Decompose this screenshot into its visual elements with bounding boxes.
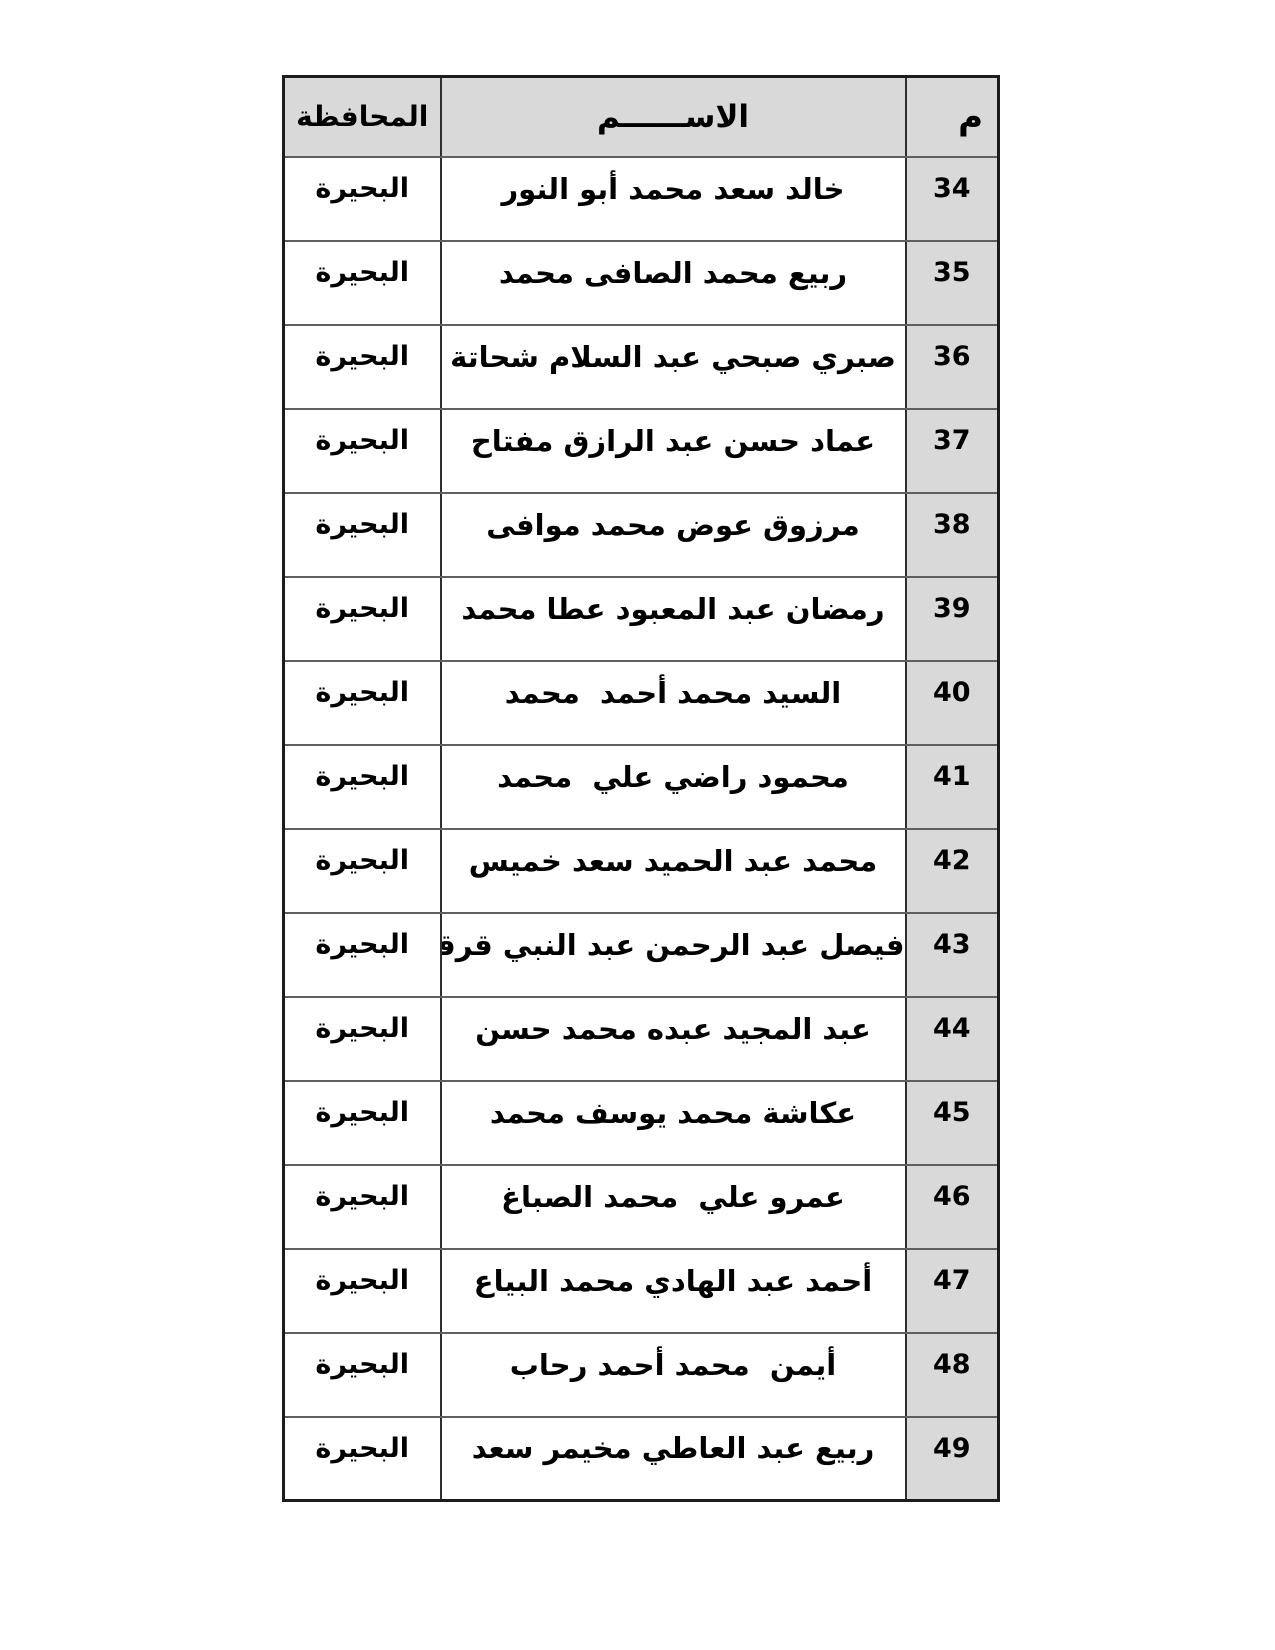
table-row: 48أيمن محمد أحمد رحابالبحيرة — [284, 1333, 999, 1417]
row-number-cell: 39 — [906, 577, 999, 661]
table-row: 34خالد سعد محمد أبو النورالبحيرة — [284, 157, 999, 241]
roster-table-container: م الاســــــم المحافظة 34خالد سعد محمد أ… — [282, 75, 1000, 1502]
header-governorate: المحافظة — [284, 77, 441, 157]
governorate-cell: البحيرة — [284, 577, 441, 661]
row-number-cell: 45 — [906, 1081, 999, 1165]
header-row: م الاســــــم المحافظة — [284, 77, 999, 157]
governorate-cell: البحيرة — [284, 157, 441, 241]
governorate-cell: البحيرة — [284, 1333, 441, 1417]
governorate-cell: البحيرة — [284, 661, 441, 745]
table-row: 37عماد حسن عبد الرازق مفتاحالبحيرة — [284, 409, 999, 493]
document-page: م الاســــــم المحافظة 34خالد سعد محمد أ… — [0, 0, 1275, 1650]
row-number-cell: 34 — [906, 157, 999, 241]
row-number-cell: 41 — [906, 745, 999, 829]
header-number: م — [906, 77, 999, 157]
table-row: 47أحمد عبد الهادي محمد البياعالبحيرة — [284, 1249, 999, 1333]
governorate-cell: البحيرة — [284, 493, 441, 577]
roster-table: م الاســــــم المحافظة 34خالد سعد محمد أ… — [282, 75, 1000, 1502]
table-row: 44عبد المجيد عبده محمد حسنالبحيرة — [284, 997, 999, 1081]
governorate-cell: البحيرة — [284, 913, 441, 997]
row-number-cell: 40 — [906, 661, 999, 745]
row-number-cell: 38 — [906, 493, 999, 577]
row-number-cell: 48 — [906, 1333, 999, 1417]
governorate-cell: البحيرة — [284, 997, 441, 1081]
row-number-cell: 47 — [906, 1249, 999, 1333]
row-number-cell: 35 — [906, 241, 999, 325]
name-cell: عبد المجيد عبده محمد حسن — [441, 997, 906, 1081]
table-header: م الاســــــم المحافظة — [284, 77, 999, 157]
row-number-cell: 46 — [906, 1165, 999, 1249]
governorate-cell: البحيرة — [284, 829, 441, 913]
name-cell: عماد حسن عبد الرازق مفتاح — [441, 409, 906, 493]
name-cell: ربيع محمد الصافى محمد — [441, 241, 906, 325]
governorate-cell: البحيرة — [284, 745, 441, 829]
name-cell: عمرو علي محمد الصباغ — [441, 1165, 906, 1249]
governorate-cell: البحيرة — [284, 325, 441, 409]
row-number-cell: 43 — [906, 913, 999, 997]
governorate-cell: البحيرة — [284, 1249, 441, 1333]
name-cell: أحمد عبد الهادي محمد البياع — [441, 1249, 906, 1333]
table-row: 40السيد محمد أحمد محمدالبحيرة — [284, 661, 999, 745]
name-cell: أيمن محمد أحمد رحاب — [441, 1333, 906, 1417]
name-cell: ربيع عبد العاطي مخيمر سعد — [441, 1417, 906, 1501]
name-cell: مرزوق عوض محمد موافى — [441, 493, 906, 577]
table-row: 42محمد عبد الحميد سعد خميسالبحيرة — [284, 829, 999, 913]
governorate-cell: البحيرة — [284, 1417, 441, 1501]
row-number-cell: 36 — [906, 325, 999, 409]
name-cell: فيصل عبد الرحمن عبد النبي قرقر — [441, 913, 906, 997]
row-number-cell: 42 — [906, 829, 999, 913]
table-row: 39رمضان عبد المعبود عطا محمدالبحيرة — [284, 577, 999, 661]
table-body: 34خالد سعد محمد أبو النورالبحيرة35ربيع م… — [284, 157, 999, 1501]
row-number-cell: 37 — [906, 409, 999, 493]
row-number-cell: 49 — [906, 1417, 999, 1501]
table-row: 43فيصل عبد الرحمن عبد النبي قرقرالبحيرة — [284, 913, 999, 997]
governorate-cell: البحيرة — [284, 1081, 441, 1165]
table-row: 35ربيع محمد الصافى محمدالبحيرة — [284, 241, 999, 325]
governorate-cell: البحيرة — [284, 409, 441, 493]
table-row: 38مرزوق عوض محمد موافىالبحيرة — [284, 493, 999, 577]
table-row: 46عمرو علي محمد الصباغالبحيرة — [284, 1165, 999, 1249]
row-number-cell: 44 — [906, 997, 999, 1081]
name-cell: رمضان عبد المعبود عطا محمد — [441, 577, 906, 661]
name-cell: محمود راضي علي محمد — [441, 745, 906, 829]
governorate-cell: البحيرة — [284, 1165, 441, 1249]
table-row: 36صبري صبحي عبد السلام شحاتةالبحيرة — [284, 325, 999, 409]
table-row: 41محمود راضي علي محمدالبحيرة — [284, 745, 999, 829]
table-row: 49ربيع عبد العاطي مخيمر سعدالبحيرة — [284, 1417, 999, 1501]
name-cell: خالد سعد محمد أبو النور — [441, 157, 906, 241]
governorate-cell: البحيرة — [284, 241, 441, 325]
name-cell: صبري صبحي عبد السلام شحاتة — [441, 325, 906, 409]
name-cell: محمد عبد الحميد سعد خميس — [441, 829, 906, 913]
name-cell: عكاشة محمد يوسف محمد — [441, 1081, 906, 1165]
header-name: الاســــــم — [441, 77, 906, 157]
name-cell: السيد محمد أحمد محمد — [441, 661, 906, 745]
table-row: 45عكاشة محمد يوسف محمدالبحيرة — [284, 1081, 999, 1165]
